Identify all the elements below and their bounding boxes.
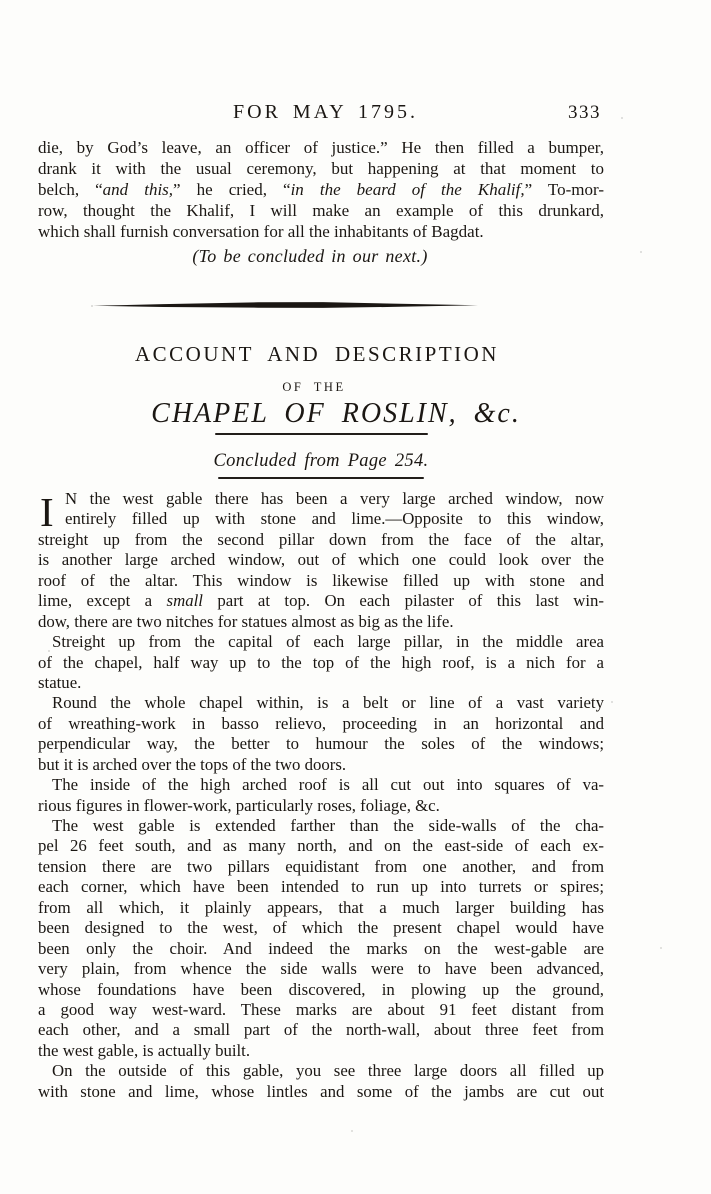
text-line: perpendicular way, the better to humour … — [38, 734, 604, 754]
text-line: entirely filled up with stone and lime.—… — [38, 509, 604, 529]
article-body: I N the west gable there has been a very… — [38, 489, 604, 1102]
article-heading: ACCOUNT AND DESCRIPTION — [34, 344, 600, 365]
text-segment: lime, except a — [38, 591, 167, 610]
text-line: tension there are two pillars equidistan… — [38, 857, 604, 877]
text-line: N the west gable there has been a very l… — [38, 489, 604, 509]
text-line: each other, and a small part of the nort… — [38, 1020, 604, 1040]
article-subheading: OF THE — [31, 381, 597, 394]
text-line: statue. — [38, 673, 604, 693]
text-line: of wreathing-work in basso relievo, proc… — [38, 714, 604, 734]
running-title: FOR MAY 1795. — [233, 102, 418, 122]
text-line: The inside of the high arched roof is al… — [38, 775, 604, 795]
text-line: rious figures in flower-work, particular… — [38, 796, 604, 816]
text-line: die, by God’s leave, an officer of justi… — [38, 137, 604, 158]
text-line: On the outside of this gable, you see th… — [38, 1061, 604, 1081]
article-title: CHAPEL OF ROSLIN, &c. — [53, 399, 619, 429]
text-line: of the chapel, half way up to the top of… — [38, 653, 604, 673]
swelled-divider-rule — [93, 301, 478, 310]
text-line: from all which, it plainly appears, that… — [38, 898, 604, 918]
text-line: which shall furnish conversation for all… — [38, 221, 604, 242]
text-segment: ” To-mor- — [525, 180, 604, 199]
text-segment: part at top. On each pilaster of this la… — [203, 591, 604, 610]
text-line: Streight up from the capital of each lar… — [38, 632, 604, 652]
continuation-note: Concluded from Page 254. — [38, 451, 604, 471]
text-line: belch, “and this,” he cried, “in the bea… — [38, 179, 604, 200]
text-line: whose foundations have been discovered, … — [38, 980, 604, 1000]
text-line: drank it with the usual ceremony, but ha… — [38, 158, 604, 179]
page-number: 333 — [568, 103, 601, 122]
text-segment-italic: in the beard of the Khalif, — [291, 180, 525, 199]
text-line: Round the whole chapel within, is a belt… — [38, 693, 604, 713]
text-line: row, thought the Khalif, I will make an … — [38, 200, 604, 221]
text-line: roof of the altar. This window is likewi… — [38, 571, 604, 591]
text-line: been only the choir. And indeed the mark… — [38, 939, 604, 959]
text-line: but it is arched over the tops of the tw… — [38, 755, 604, 775]
text-segment: ” he cried, “ — [173, 180, 291, 199]
note-divider-rule — [218, 477, 424, 479]
text-line: streight up from the second pillar down … — [38, 530, 604, 550]
text-segment-italic: and this, — [103, 180, 173, 199]
scanned-page: FOR MAY 1795. 333 die, by God’s leave, a… — [0, 0, 711, 1194]
text-line: lime, except a small part at top. On eac… — [38, 591, 604, 611]
to-be-concluded-note: (To be concluded in our next.) — [27, 246, 593, 266]
text-line: with stone and lime, whose lintles and s… — [38, 1082, 604, 1102]
text-line: each corner, which have been intended to… — [38, 877, 604, 897]
text-segment-italic: small — [167, 591, 203, 610]
text-line: been designed to the west, of which the … — [38, 918, 604, 938]
text-line: pel 26 feet south, and as many north, an… — [38, 836, 604, 856]
text-line: The west gable is extended farther than … — [38, 816, 604, 836]
text-line: dow, there are two nitches for statues a… — [38, 612, 604, 632]
drop-cap: I — [40, 492, 54, 532]
title-divider-rule — [215, 433, 428, 435]
text-line: a good way west-ward. These marks are ab… — [38, 1000, 604, 1020]
text-line: the west gable, is actually built. — [38, 1041, 604, 1061]
khalif-story-continuation: die, by God’s leave, an officer of justi… — [38, 137, 604, 242]
text-line: very plain, from whence the side walls w… — [38, 959, 604, 979]
text-segment: belch, “ — [38, 180, 103, 199]
text-line: is another large arched window, out of w… — [38, 550, 604, 570]
